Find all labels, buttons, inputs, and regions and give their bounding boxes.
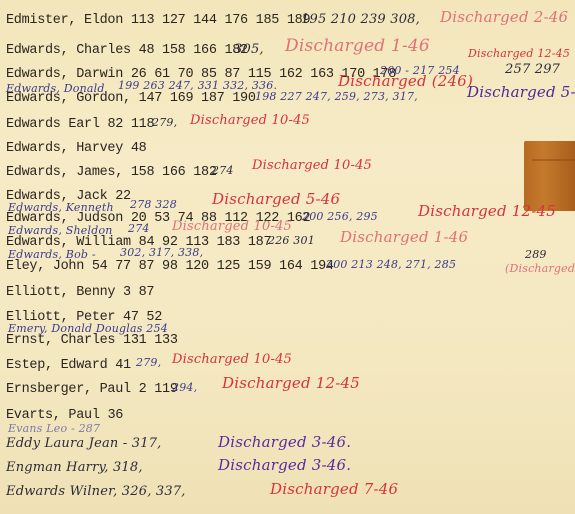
hw-sheldon-numbers: 274: [128, 222, 150, 235]
entry-estep-edward: Estep, Edward 41: [6, 358, 131, 373]
entry-name: Edwards Earl: [6, 117, 100, 132]
entry-numbers: 82 118: [107, 117, 154, 132]
hw-sheldon-name: Edwards, Sheldon: [8, 224, 113, 237]
hw-edmister-discharge: Discharged 2-46: [440, 8, 568, 26]
hw-eley-extra: 289: [525, 248, 547, 261]
entry-name: Ernst, Charles: [6, 333, 115, 348]
hw-edwards-wilner-line: Edwards Wilner, 326, 337,: [6, 484, 186, 499]
hw-donald-discharge: Discharged (246): [338, 72, 473, 90]
entry-name: Edmister, Eldon: [6, 13, 123, 28]
hw-judson-discharge: Discharged 12-45: [418, 202, 556, 220]
hw-kenneth-discharge: Discharged 5-46: [212, 190, 340, 208]
hw-bob-numbers: 302, 317, 338,: [120, 246, 203, 259]
entry-numbers: 147 169 187 190: [139, 91, 256, 106]
hw-engman-discharge: Discharged 3-46.: [218, 456, 351, 474]
entry-numbers: 54 77 87 98 120 125 159 164 194: [92, 259, 334, 274]
tape-stain: [524, 141, 575, 211]
hw-eddy-discharge: Discharged 3-46.: [218, 433, 351, 451]
hw-sheldon-discharge: Discharged 10-45: [172, 219, 292, 234]
hw-eddy-line: Eddy Laura Jean - 317,: [6, 436, 162, 451]
hw-darwin-discharge-top: Discharged 12-45: [468, 47, 570, 60]
hw-engman-line: Engman Harry, 318,: [6, 460, 143, 475]
hw-gordon-discharge: Discharged 5-46: [467, 83, 575, 101]
entry-edwards-harvey: Edwards, Harvey 48: [6, 141, 146, 156]
entry-name: Estep, Edward: [6, 358, 107, 373]
hw-donald-numbers: 199 263 247, 331 332, 336.: [118, 79, 277, 92]
hw-gordon-numbers: 198 227 247, 259, 273, 317,: [255, 90, 418, 103]
hw-judson-numbers: 200 256, 295: [302, 210, 378, 223]
hw-charles-numbers: 305,: [234, 42, 264, 57]
entry-name: Edwards, Harvey: [6, 141, 123, 156]
hw-emery-line: Emery, Donald Douglas 254: [8, 322, 168, 335]
hw-ernsberger-discharge: Discharged 12-45: [222, 374, 360, 392]
hw-kenneth-name: Edwards, Kenneth: [8, 201, 114, 214]
entry-eley-john: Eley, John 54 77 87 98 120 125 159 164 1…: [6, 259, 334, 274]
entry-numbers: 48: [131, 141, 147, 156]
hw-estep-numbers: 279,: [136, 356, 161, 369]
entry-name: Edwards, Darwin: [6, 67, 123, 82]
entry-numbers: 113 127 144 176 185 189: [131, 13, 310, 28]
entry-edmister: Edmister, Eldon 113 127 144 176 185 189: [6, 13, 310, 28]
entry-edwards-earl: Edwards Earl 82 118: [6, 117, 154, 132]
hw-evans-line: Evans Leo - 287: [8, 422, 100, 435]
entry-name: Edwards, Charles: [6, 43, 131, 58]
hw-estep-discharge: Discharged 10-45: [172, 352, 292, 367]
entry-edwards-james: Edwards, James, 158 166 182: [6, 165, 217, 180]
hw-edwards-wilner-discharge: Discharged 7-46: [270, 480, 398, 498]
entry-name: Ernsberger, Paul: [6, 382, 131, 397]
hw-darwin-extra: 257 297: [505, 62, 560, 77]
ledger-card: Edmister, Eldon 113 127 144 176 185 189 …: [0, 0, 575, 514]
hw-eley-discharge: (Discharged 11-45): [505, 262, 575, 275]
hw-james-numbers: 274: [212, 164, 234, 177]
hw-earl-numbers: 279,: [152, 116, 177, 129]
entry-edwards-charles: Edwards, Charles 48 158 166 182: [6, 43, 248, 58]
entry-numbers: 48 158 166 182: [139, 43, 248, 58]
hw-edmister-numbers: 195 210 239 308,: [301, 12, 420, 27]
hw-william-numbers: 226 301: [268, 234, 315, 247]
entry-name: Edwards, James,: [6, 165, 123, 180]
hw-earl-discharge: Discharged 10-45: [190, 113, 310, 128]
hw-william-discharge: Discharged 1-46: [340, 228, 468, 246]
entry-numbers: 131 133: [123, 333, 178, 348]
hw-bob-name: Edwards, Bob -: [8, 248, 96, 261]
entry-numbers: 36: [107, 408, 123, 423]
hw-donald-name: Edwards, Donald: [6, 82, 105, 95]
entry-evarts-paul: Evarts, Paul 36: [6, 408, 123, 423]
hw-james-discharge: Discharged 10-45: [252, 158, 372, 173]
entry-ernsberger-paul: Ernsberger, Paul 2 119: [6, 382, 178, 397]
entry-numbers: 3 87: [123, 285, 154, 300]
entry-name: Eley, John: [6, 259, 84, 274]
entry-name: Evarts, Paul: [6, 408, 100, 423]
entry-name: Elliott, Benny: [6, 285, 115, 300]
entry-ernst-charles: Ernst, Charles 131 133: [6, 333, 178, 348]
hw-eley-numbers: 200 213 248, 271, 285: [326, 258, 456, 271]
entry-numbers: 22: [115, 189, 131, 204]
hw-ernsberger-numbers: 294,: [172, 381, 197, 394]
entry-elliott-benny: Elliott, Benny 3 87: [6, 285, 154, 300]
hw-charles-discharge: Discharged 1-46: [285, 36, 430, 56]
entry-numbers: 41: [115, 358, 131, 373]
entry-numbers: 158 166 182: [131, 165, 217, 180]
hw-kenneth-numbers: 278 328: [130, 198, 177, 211]
